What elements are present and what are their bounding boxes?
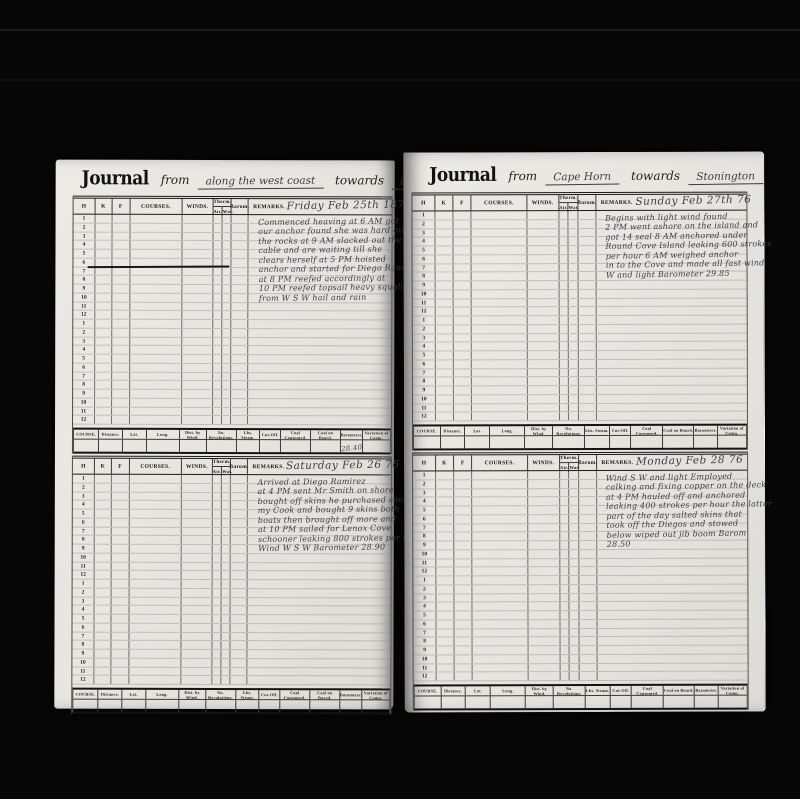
log-cell: [579, 497, 598, 505]
log-cell: [527, 220, 559, 228]
log-cell: [528, 550, 560, 558]
log-cell: [248, 606, 390, 614]
log-date-handwritten: Monday Feb 28 76: [636, 454, 743, 468]
hour-cell: 3: [413, 334, 436, 342]
summary-value-11: [363, 440, 390, 452]
log-cell: [111, 667, 129, 675]
hour-cell: 4: [413, 603, 436, 611]
hour-cell: 12: [73, 416, 95, 424]
log-cell: [112, 501, 130, 509]
log-cell: [472, 307, 527, 315]
summary-col-0: COURSE.: [74, 430, 99, 439]
log-cell: [182, 510, 213, 518]
journal-title: Journal: [429, 164, 496, 187]
log-cell: [182, 562, 213, 570]
log-cell: [436, 255, 454, 263]
log-cell: [454, 568, 473, 576]
log-cell: [453, 334, 472, 342]
log-cell: [569, 255, 578, 263]
log-cell: [454, 533, 473, 541]
summary-value-3: [490, 436, 525, 448]
log-cell: [222, 416, 231, 424]
log-cell: [248, 676, 390, 684]
log-cell: [437, 646, 455, 654]
log-cell: [222, 329, 231, 337]
log-cell: [230, 519, 248, 527]
log-cell: [472, 412, 527, 420]
log-cell: [528, 480, 560, 488]
log-cell: [112, 363, 130, 371]
hour-cell: 10: [73, 398, 95, 406]
log-cell: [579, 567, 598, 575]
hour-cell: 12: [72, 676, 94, 684]
log-table-body: 123456789101112123456789101112Begins wit…: [412, 211, 747, 422]
log-cell: [597, 403, 747, 411]
barometer-note-handwritten: 28.40: [341, 443, 363, 453]
log-cell: [570, 576, 579, 584]
summary-col-4: Dist. by Wind.: [180, 430, 207, 439]
hour-cell: 4: [413, 498, 436, 506]
log-cell: [560, 602, 569, 610]
log-cell: [454, 594, 473, 602]
log-cell: [597, 377, 747, 385]
therm-label: Therm.: [559, 194, 577, 203]
log-cell: [472, 299, 527, 307]
log-cell: [560, 299, 569, 307]
log-cell: [527, 316, 559, 324]
log-cell: [112, 276, 130, 284]
log-cell: [578, 246, 597, 254]
log-cell: [248, 624, 390, 632]
log-cell: [182, 484, 213, 492]
log-cell: [221, 536, 230, 544]
log-cell: [527, 412, 559, 420]
log-cell: [454, 585, 473, 593]
log-cell: [182, 381, 213, 389]
summary-col-9: Coal on Board.: [664, 686, 696, 695]
column-header-therm: Therm.Air.Wat.: [559, 195, 578, 210]
log-cell: [231, 381, 249, 389]
hour-cell: 12: [413, 308, 436, 316]
log-table-header: HKFCOURSES.WINDS.Therm.Air.Wat.Barom.REM…: [413, 452, 747, 472]
log-cell: [597, 386, 747, 394]
log-cell: [248, 416, 390, 424]
log-cell: [527, 299, 559, 307]
log-cell: [182, 329, 213, 337]
log-cell: [473, 594, 528, 602]
log-cell: [528, 515, 560, 523]
log-cell: [212, 589, 221, 597]
log-cell: [95, 258, 112, 266]
summary-value-8: [631, 436, 663, 448]
log-row: 12: [414, 672, 748, 682]
log-cell: [112, 223, 130, 231]
log-cell: [249, 373, 391, 381]
remarks-text: Commenced heaving at 6 AM gotour anchor …: [249, 215, 392, 303]
from-label: from: [508, 169, 537, 183]
log-cell: [569, 351, 578, 359]
log-cell: [570, 672, 579, 680]
hour-cell: 4: [412, 238, 435, 246]
hour-cell: 9: [413, 386, 436, 394]
log-cell: [112, 518, 130, 526]
log-cell: [129, 501, 181, 509]
summary-value-4: [526, 696, 554, 708]
log-cell: [579, 506, 598, 514]
log-cell: [212, 650, 221, 658]
log-cell: [95, 215, 112, 223]
log-cell: [473, 585, 528, 593]
log-cell: [95, 241, 112, 249]
log-cell: [527, 360, 559, 368]
log-cell: [436, 281, 454, 289]
summary-col-10: Barometer.: [695, 686, 718, 695]
log-cell: [182, 501, 213, 509]
log-cell: [213, 346, 222, 354]
hour-cell: 10: [413, 290, 436, 298]
log-cell: [472, 386, 527, 394]
column-header-winds: WINDS.: [183, 199, 214, 214]
hour-cell: 1: [413, 576, 436, 584]
summary-col-3: Long.: [490, 426, 525, 435]
log-cell: [231, 390, 249, 398]
hour-cell: 3: [74, 232, 96, 240]
log-cell: [436, 524, 454, 532]
log-cell: [221, 624, 230, 632]
log-cell: [472, 395, 527, 403]
hour-cell: 4: [73, 606, 95, 614]
log-cell: [454, 498, 473, 506]
log-cell: [436, 316, 454, 324]
log-cell: [213, 407, 222, 415]
hour-cell: 7: [73, 267, 95, 275]
summary-value-11: [362, 700, 389, 712]
log-cell: [231, 399, 249, 407]
log-cell: [569, 412, 578, 420]
column-header-h: H: [74, 199, 96, 214]
summary-col-8: Coal Consumed.: [632, 686, 664, 695]
log-cell: [129, 475, 181, 483]
log-cell: [111, 536, 129, 544]
log-cell: [570, 541, 579, 549]
log-cell: [249, 381, 391, 389]
log-cell: [112, 510, 130, 518]
log-cell: [570, 629, 579, 637]
log-cell: [560, 412, 569, 420]
log-cell: [231, 276, 249, 284]
log-cell: [528, 567, 560, 575]
hour-cell: 6: [413, 620, 436, 628]
log-cell: [578, 255, 597, 263]
log-cell: [473, 506, 528, 514]
log-cell: [559, 220, 568, 228]
log-cell: [436, 369, 454, 377]
log-cell: [560, 369, 569, 377]
log-cell: [454, 664, 473, 672]
log-cell: [112, 483, 130, 491]
log-cell: [95, 232, 112, 240]
summary-value-7: [260, 700, 281, 712]
log-cell: [579, 646, 598, 654]
summary-value-6: [585, 436, 610, 448]
log-cell: [454, 360, 473, 368]
log-cell: [473, 672, 528, 680]
log-cell: [560, 524, 569, 532]
log-cell: [213, 475, 222, 483]
hour-cell: 3: [413, 594, 436, 602]
hour-cell: 10: [414, 655, 437, 663]
log-cell: [453, 281, 472, 289]
log-cell: [230, 510, 248, 518]
log-cell: [528, 471, 560, 479]
log-cell: [560, 404, 569, 412]
log-table-header: HKFCOURSES.WINDS.Therm.Air.Wat.Barom.REM…: [412, 192, 746, 212]
log-cell: [472, 272, 527, 280]
log-cell: [112, 267, 130, 275]
log-cell: [436, 404, 454, 412]
log-cell: [454, 506, 473, 514]
log-cell: [473, 532, 528, 540]
log-cell: [221, 667, 230, 675]
summary-value-1: [99, 440, 123, 452]
log-cell: [579, 637, 598, 645]
log-cell: [129, 615, 181, 623]
log-cell: [213, 416, 222, 424]
log-cell: [437, 611, 455, 619]
log-cell: [436, 299, 454, 307]
hour-cell: 7: [413, 524, 436, 532]
summary-col-4: Dist. by Wind.: [179, 690, 206, 699]
log-cell: [473, 559, 528, 567]
log-cell: [569, 377, 578, 385]
log-cell: [473, 629, 528, 637]
hour-cell: 10: [73, 553, 95, 561]
log-cell: [578, 272, 597, 280]
log-row: 12: [72, 676, 390, 686]
log-cell: [527, 264, 559, 272]
log-cell: [95, 553, 112, 561]
log-cell: [130, 337, 182, 345]
log-cell: [578, 316, 597, 324]
summary-col-3: Long.: [491, 686, 526, 695]
log-cell: [221, 589, 230, 597]
log-cell: [182, 311, 213, 319]
log-cell: [95, 518, 112, 526]
log-cell: [95, 390, 112, 398]
logbook-page-right: Journal from Cape Horn towards Stoningto…: [403, 152, 765, 713]
hour-cell: 3: [412, 229, 435, 237]
log-cell: [570, 550, 579, 558]
hour-cell: 11: [413, 404, 436, 412]
hour-cell: 7: [413, 264, 436, 272]
log-cell: [182, 615, 213, 623]
log-cell: [183, 232, 214, 240]
log-cell: [578, 281, 597, 289]
log-cell: [222, 475, 231, 483]
log-cell: [231, 241, 249, 249]
log-cell: [130, 320, 182, 328]
log-cell: [112, 390, 130, 398]
hour-cell: 7: [413, 369, 436, 377]
log-cell: [212, 615, 221, 623]
log-cell: [560, 281, 569, 289]
log-cell: [222, 346, 231, 354]
log-cell: [436, 351, 454, 359]
summary-value-10: [340, 700, 362, 712]
therm-label: Therm.: [560, 454, 578, 463]
log-cell: [111, 571, 129, 579]
summary-value-3: [491, 696, 526, 708]
summary-col-1: Distance.: [99, 430, 123, 439]
log-cell: [111, 580, 129, 588]
log-cell: [436, 568, 454, 576]
remarks-label: REMARKS.: [253, 204, 285, 210]
hour-cell: 11: [73, 302, 95, 310]
log-cell: [528, 489, 560, 497]
log-cell: [472, 351, 527, 359]
log-cell: [182, 294, 213, 302]
log-cell: [454, 603, 473, 611]
log-cell: [454, 673, 473, 681]
summary-col-3: Long.: [147, 430, 180, 439]
log-cell: [570, 664, 579, 672]
log-cell: [129, 580, 181, 588]
log-tables-right: HKFCOURSES.WINDS.Therm.Air.Wat.Barom.REM…: [411, 192, 748, 711]
log-cell: [130, 346, 182, 354]
hour-cell: 3: [73, 492, 95, 500]
hour-cell: 7: [73, 527, 95, 535]
log-cell: [454, 386, 473, 394]
log-cell: [248, 563, 390, 571]
summary-value-2: [465, 436, 490, 448]
log-cell: [182, 606, 213, 614]
log-cell: [222, 311, 231, 319]
log-cell: [94, 641, 111, 649]
log-cell: [231, 338, 249, 346]
log-cell: [579, 663, 598, 671]
summary-col-11: Variation of Comp.: [718, 686, 746, 695]
log-cell: [130, 381, 182, 389]
log-cell: [473, 489, 528, 497]
log-cell: [436, 533, 454, 541]
log-cell: [112, 328, 130, 336]
log-cell: [560, 611, 569, 619]
log-cell: [182, 527, 213, 535]
summary-value-11: [718, 436, 746, 448]
log-cell: [436, 238, 454, 246]
hour-cell: 2: [73, 328, 95, 336]
log-cell: [129, 676, 181, 684]
log-cell: [95, 293, 112, 301]
log-cell: [130, 372, 182, 380]
log-cell: [570, 532, 579, 540]
log-cell: [579, 576, 598, 584]
log-cell: [182, 320, 213, 328]
log-cell: [230, 554, 248, 562]
hour-cell: 1: [73, 580, 95, 588]
log-cell: [436, 334, 454, 342]
log-cell: [213, 355, 222, 363]
log-cell: [111, 623, 129, 631]
log-cell: [528, 576, 560, 584]
noon-summary-values: [415, 696, 747, 709]
summary-col-7: Cut-Off.: [610, 686, 632, 695]
column-header-remarks: REMARKS.Friday Feb 25th 1876 —: [249, 199, 391, 214]
log-cell: [560, 559, 569, 567]
log-cell: [221, 650, 230, 658]
log-cell: [560, 316, 569, 324]
summary-value-10: [695, 696, 718, 708]
log-cell: [248, 598, 390, 606]
log-cell: [579, 532, 598, 540]
log-table-header: HKFCOURSES.WINDS.Therm.Air.Wat.Barom.REM…: [74, 196, 392, 216]
log-cell: [597, 368, 747, 376]
summary-col-8: Coal Consumed.: [281, 430, 311, 439]
log-cell: [213, 527, 222, 535]
log-cell: [436, 378, 454, 386]
log-cell: [453, 290, 472, 298]
summary-col-4: Dist. by Wind.: [526, 686, 554, 695]
log-cell: [221, 554, 230, 562]
summary-value-2: [466, 696, 491, 708]
log-cell: [95, 588, 112, 596]
summary-value-8: [281, 440, 311, 452]
log-cell: [569, 369, 578, 377]
log-cell: [578, 263, 597, 271]
log-cell: [528, 664, 560, 672]
log-cell: [579, 593, 598, 601]
log-cell: [528, 611, 560, 619]
log-table: HKFCOURSES.WINDS.Therm.Air.Wat.Barom.REM…: [412, 452, 749, 711]
log-cell: [95, 328, 112, 336]
summary-col-6: Lbs. Steam.: [586, 686, 611, 695]
log-cell: [182, 545, 213, 553]
log-cell: [473, 664, 528, 672]
log-cell: [182, 475, 213, 483]
log-cell: [528, 646, 560, 654]
column-header-winds: WINDS.: [182, 459, 213, 474]
log-cell: [454, 655, 473, 663]
log-tables-left: HKFCOURSES.WINDS.Therm.Air.Wat.Barom.REM…: [71, 196, 392, 715]
hour-cell: 4: [73, 501, 95, 509]
hour-cell: 11: [73, 562, 95, 570]
hour-cell: 5: [413, 246, 436, 254]
log-cell: [454, 559, 473, 567]
log-cell: [437, 620, 455, 628]
log-cell: [95, 545, 112, 553]
log-cell: [527, 272, 559, 280]
log-cell: [598, 611, 748, 619]
log-cell: [454, 404, 473, 412]
log-cell: [472, 237, 527, 245]
log-cell: [230, 580, 248, 588]
log-cell: [222, 355, 231, 363]
log-cell: [112, 293, 130, 301]
log-cell: [436, 541, 454, 549]
log-cell: [213, 311, 222, 319]
hour-cell: 8: [73, 536, 95, 544]
log-cell: [95, 571, 112, 579]
summary-value-1: [99, 700, 123, 712]
summary-value-1: [441, 696, 466, 708]
hour-cell: 11: [413, 559, 436, 567]
log-cell: [472, 246, 527, 254]
log-cell: [112, 381, 130, 389]
log-cell: [95, 363, 112, 371]
log-cell: [597, 281, 747, 289]
log-cell: [436, 550, 454, 558]
log-date-handwritten: Sunday Feb 27th 76: [636, 194, 752, 208]
